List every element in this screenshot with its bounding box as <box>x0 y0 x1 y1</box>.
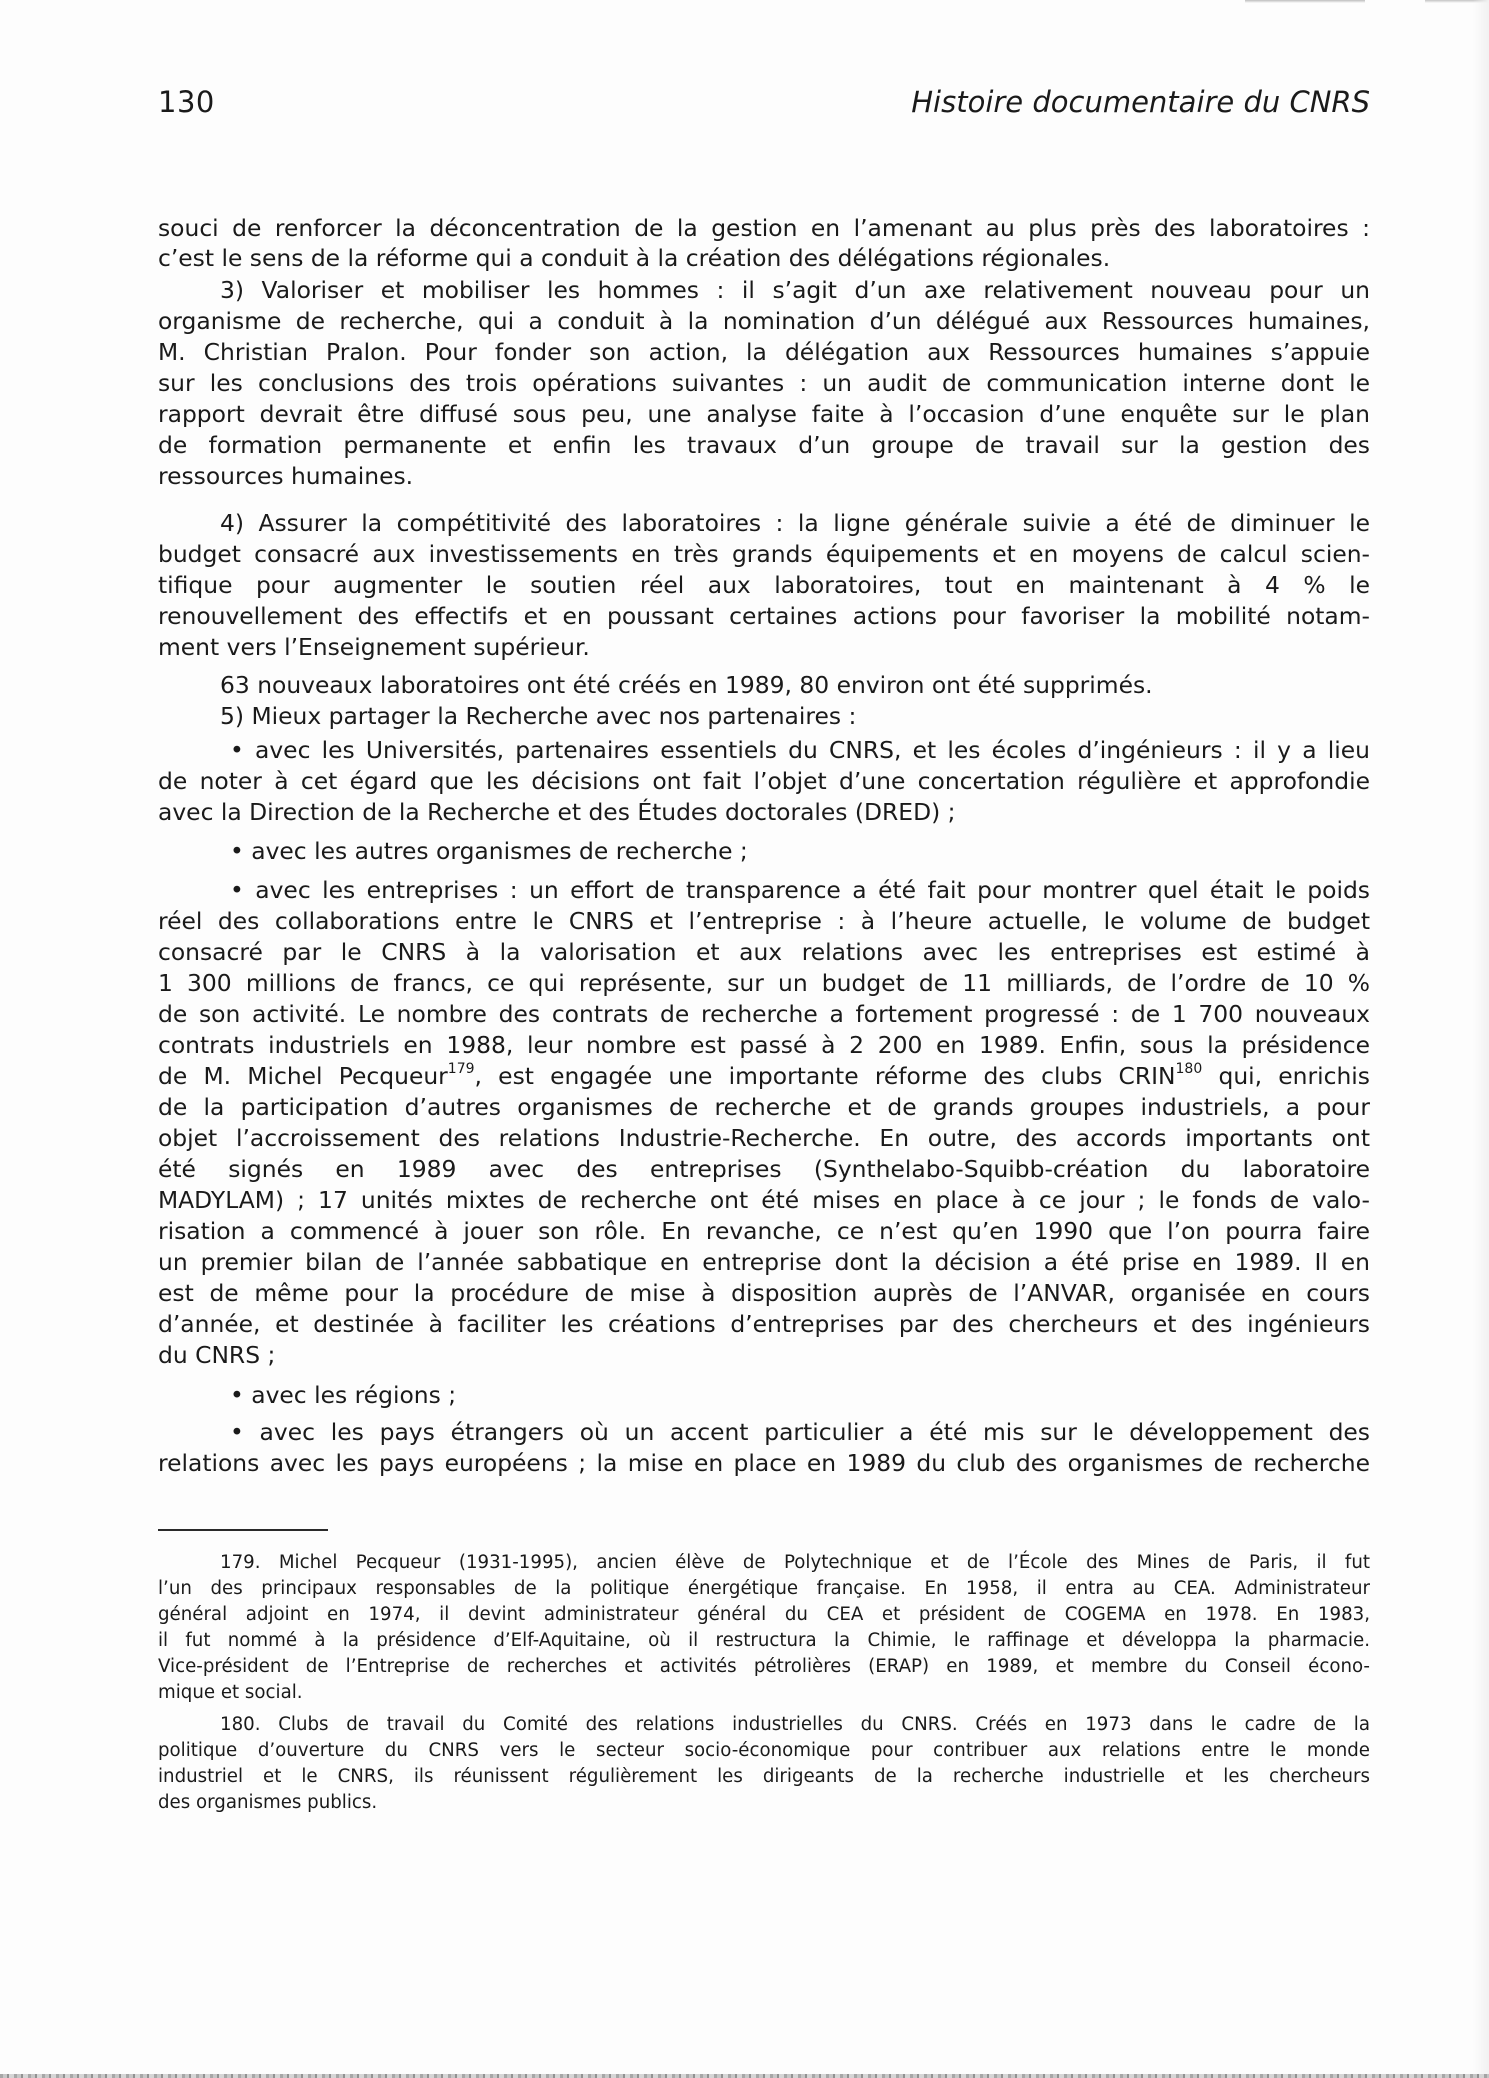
footnote-ref-180[interactable]: 180 <box>1176 1061 1203 1077</box>
body-line: ressources humaines. <box>158 461 1370 491</box>
body-line: M. Christian Pralon. Pour fonder son act… <box>158 337 1370 367</box>
body-line: est de même pour la procédure de mise à … <box>158 1278 1370 1308</box>
paragraph-4-heading-line: 4) Assurer la compétitivité des laborato… <box>158 508 1370 538</box>
body-line: été signés en 1989 avec des entreprises … <box>158 1154 1370 1184</box>
footnote-line: il fut nommé à la présidence d’Elf-Aquit… <box>158 1628 1370 1654</box>
line-text: qui, enrichis <box>1202 1062 1370 1090</box>
bullet-foreign-countries-line: • avec les pays étrangers où un accent p… <box>158 1417 1370 1447</box>
body-line: d’année, et destinée à faciliter les cré… <box>158 1309 1370 1339</box>
body-line: risation a commencé à jouer son rôle. En… <box>158 1216 1370 1246</box>
scan-artifact-right-shadow <box>1473 0 1489 2078</box>
body-line: sur les conclusions des trois opérations… <box>158 368 1370 398</box>
body-line: renouvellement des effectifs et en pouss… <box>158 601 1370 631</box>
footnote-line: politique d’ouverture du CNRS vers le se… <box>158 1738 1370 1764</box>
bullet-enterprises-line: • avec les entreprises : un effort de tr… <box>158 875 1370 905</box>
body-line: ment vers l’Enseignement supérieur. <box>158 632 1370 662</box>
paragraph-3-heading-line: 3) Valoriser et mobiliser les hommes : i… <box>158 275 1370 305</box>
bullet-regions-line: • avec les régions ; <box>158 1380 1370 1410</box>
body-line: du CNRS ; <box>158 1340 1370 1370</box>
body-line: rapport devrait être diffusé sous peu, u… <box>158 399 1370 429</box>
body-line: consacré par le CNRS à la valorisation e… <box>158 937 1370 967</box>
body-line: un premier bilan de l’année sabbatique e… <box>158 1247 1370 1277</box>
body-line: avec la Direction de la Recherche et des… <box>158 797 1370 827</box>
footnote-line: général adjoint en 1974, il devint admin… <box>158 1602 1370 1628</box>
body-line: de la participation d’autres organismes … <box>158 1092 1370 1122</box>
footnote-line: 180. Clubs de travail du Comité des rela… <box>158 1712 1370 1738</box>
footnote-line: l’un des principaux responsables de la p… <box>158 1576 1370 1602</box>
body-line: souci de renforcer la déconcentration de… <box>158 213 1370 243</box>
line-text: , est engagée une importante réforme des… <box>475 1062 1176 1090</box>
paragraph-5-heading-line: 5) Mieux partager la Recherche avec nos … <box>158 701 1370 731</box>
footnote-separator <box>158 1529 328 1531</box>
body-line: MADYLAM) ; 17 unités mixtes de recherche… <box>158 1185 1370 1215</box>
line-text: de M. Michel Pecqueur <box>158 1062 448 1090</box>
body-line: réel des collaborations entre le CNRS et… <box>158 906 1370 936</box>
page-number: 130 <box>158 84 215 120</box>
document-page: 130 Histoire documentaire du CNRS souci … <box>0 0 1489 2078</box>
footnote-line: Vice-président de l’Entreprise de recher… <box>158 1654 1370 1680</box>
body-line: relations avec les pays européens ; la m… <box>158 1448 1370 1478</box>
body-line: 1 300 millions de francs, ce qui représe… <box>158 968 1370 998</box>
body-line: budget consacré aux investissements en t… <box>158 539 1370 569</box>
body-line: de son activité. Le nombre des contrats … <box>158 999 1370 1029</box>
body-line: tifique pour augmenter le soutien réel a… <box>158 570 1370 600</box>
footnote-line: mique et social. <box>158 1680 1370 1706</box>
footnote-line: 179. Michel Pecqueur (1931-1995), ancien… <box>158 1550 1370 1576</box>
running-header: 130 Histoire documentaire du CNRS <box>158 84 1370 120</box>
body-line-with-footnote-refs: de M. Michel Pecqueur179, est engagée un… <box>158 1061 1370 1091</box>
body-line: organisme de recherche, qui a conduit à … <box>158 306 1370 336</box>
body-line: c’est le sens de la réforme qui a condui… <box>158 243 1370 273</box>
footnote-line: industriel et le CNRS, ils réunissent ré… <box>158 1764 1370 1790</box>
bullet-universities-line: • avec les Universités, partenaires esse… <box>158 735 1370 765</box>
body-line: contrats industriels en 1988, leur nombr… <box>158 1030 1370 1060</box>
body-line: de noter à cet égard que les décisions o… <box>158 766 1370 796</box>
footnote-line: des organismes publics. <box>158 1790 1370 1816</box>
body-line: de formation permanente et enfin les tra… <box>158 430 1370 460</box>
footnote-ref-179[interactable]: 179 <box>448 1061 475 1077</box>
body-line: objet l’accroissement des relations Indu… <box>158 1123 1370 1153</box>
lab-stats-line: 63 nouveaux laboratoires ont été créés e… <box>158 670 1370 700</box>
scan-artifact-top <box>1245 0 1365 3</box>
bullet-research-orgs-line: • avec les autres organismes de recherch… <box>158 836 1370 866</box>
scan-artifact-bottom <box>0 2074 1489 2078</box>
book-title: Histoire documentaire du CNRS <box>911 84 1370 120</box>
